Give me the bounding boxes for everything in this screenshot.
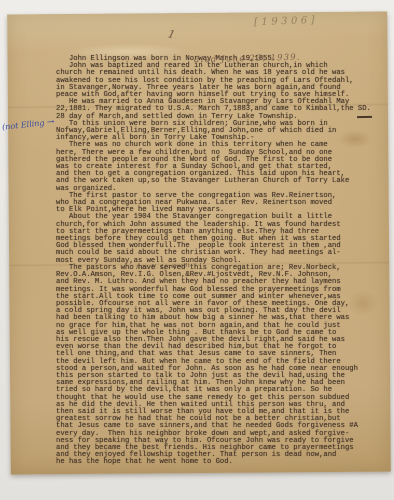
sd-underline — [357, 116, 372, 118]
typewritten-text: John Ellingson was born in Norway March … — [56, 56, 371, 467]
margin-note-arrow-icon: → — [47, 117, 55, 128]
catalog-number-annotation: [19306] — [254, 15, 318, 28]
pencil-scribble: ~~ — [244, 127, 258, 137]
document-scan: John Ellingson was born in Norway March … — [0, 0, 394, 500]
